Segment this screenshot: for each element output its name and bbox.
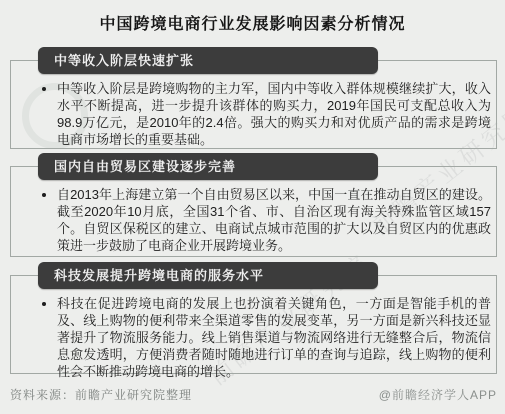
section-card-technology: 科技发展提升跨境电商的服务水平 科技在促进跨境电商的发展上也扮演着关键角色，一方… — [10, 275, 497, 374]
source-note: 资料来源：前瞻产业研究院整理 — [10, 386, 192, 403]
infographic-canvas: 中国跨境电商行业发展影响因素分析情况 前瞻产业研究院 前瞻产业研究院 中等收入阶… — [0, 0, 505, 414]
bullet-item: 自2013年上海建立第一个自由贸易区以来，中国一直在推动自贸区的建设。截至202… — [57, 186, 491, 254]
page-title: 中国跨境电商行业发展影响因素分析情况 — [0, 11, 505, 34]
section-body: 自2013年上海建立第一个自由贸易区以来，中国一直在推动自贸区的建设。截至202… — [44, 186, 491, 254]
section-card-middle-income: 中等收入阶层快速扩张 中等收入阶层是跨境购物的主力军，国内中等收入群体规模继续扩… — [10, 60, 497, 149]
section-body: 中等收入阶层是跨境购物的主力军，国内中等收入群体规模继续扩大，收入水平不断提高，… — [44, 80, 491, 148]
brand-note: @前瞻经济学人APP — [379, 386, 497, 403]
section-body: 科技在促进跨境电商的发展上也扮演着关键角色，一方面是智能手机的普及、线上购物的便… — [44, 295, 491, 380]
section-heading: 中等收入阶层快速扩张 — [38, 47, 378, 74]
bullet-item: 中等收入阶层是跨境购物的主力军，国内中等收入群体规模继续扩大，收入水平不断提高，… — [57, 80, 491, 148]
bullet-item: 科技在促进跨境电商的发展上也扮演着关键角色，一方面是智能手机的普及、线上购物的便… — [57, 295, 491, 380]
section-heading: 科技发展提升跨境电商的服务水平 — [38, 262, 378, 289]
section-heading: 国内自由贸易区建设逐步完善 — [38, 153, 378, 180]
section-card-free-trade-zone: 国内自由贸易区建设逐步完善 自2013年上海建立第一个自由贸易区以来，中国一直在… — [10, 166, 497, 257]
